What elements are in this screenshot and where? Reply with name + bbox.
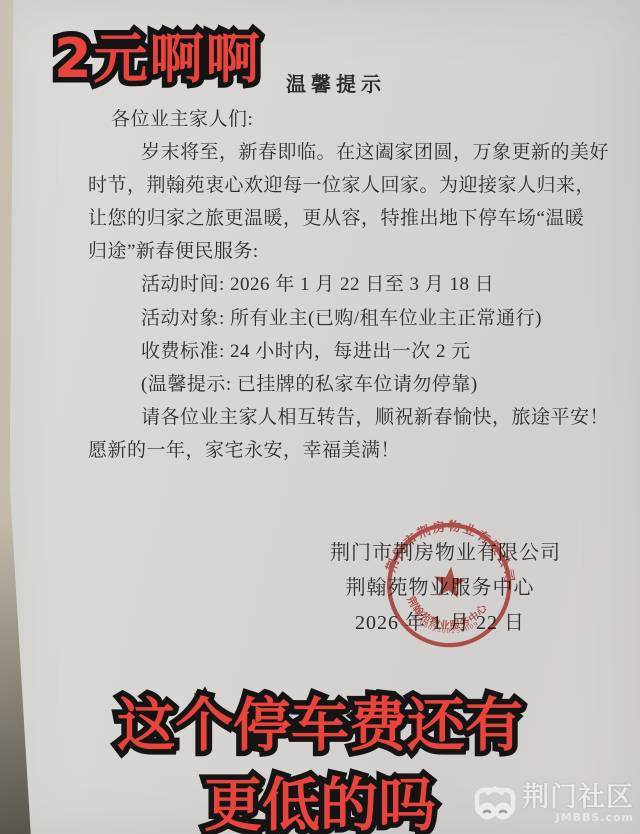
meme-bottom-text-line1: 这个停车费还有 这个停车费还有 (0, 678, 640, 762)
seal-star-icon (432, 565, 467, 599)
watermark-text: 荆门社区 JMBBS.com (522, 784, 634, 824)
site-watermark: 荆门社区 JMBBS.com (474, 784, 634, 824)
photo-of-notice: 温馨提示 各位业主家人们: 岁末将至，新春即临。在这阖家团圆，万象更新的美好 时… (0, 0, 640, 834)
watermark-logo-icon (474, 784, 516, 824)
notice-line: 时节，荆翰苑衷心欢迎每一位家人回家。为迎接家人归来， (88, 169, 566, 202)
meme-top-fill: 2元啊啊 (54, 16, 262, 93)
meme-top-text: 2元啊啊 2元啊啊 (54, 16, 262, 93)
notice-line-fee-standard: 收费标准: 24 小时内，每进出一次 2 元 (88, 335, 566, 368)
notice-body: 各位业主家人们: 岁末将至，新春即临。在这阖家团圆，万象更新的美好 时节，荆翰苑… (88, 103, 566, 467)
notice-line-activity-target: 活动对象: 所有业主(已购/租车位业主正常通行) (88, 302, 566, 335)
watermark-site-name: 荆门社区 (522, 784, 634, 812)
watermark-site-domain: JMBBS.com (522, 812, 634, 824)
notice-line: 让您的归家之旅更温暖，更从容，特推出地下停车场“温暖 (88, 202, 566, 235)
meme-bottom1-fill: 这个停车费还有 (0, 678, 640, 762)
notice-line: 归途”新春便民服务: (88, 235, 566, 268)
notice-line-wish: 愿新的一年，家宅永安，幸福美满！ (88, 434, 566, 467)
notice-line-salutation: 各位业主家人们: (88, 103, 566, 136)
notice-line-reminder: (温馨提示: 已挂牌的私家车位请勿停靠) (88, 368, 566, 401)
notice-line-activity-time: 活动时间: 2026 年 1 月 22 日至 3 月 18 日 (88, 268, 566, 301)
notice-line: 岁末将至，新春即临。在这阖家团圆，万象更新的美好 (88, 136, 566, 169)
notice-line-closing: 请各位业主家人相互转告，顺祝新春愉快，旅途平安！ (88, 401, 566, 434)
company-seal-stamp: 荆门市荆房物业有限公司 荆翰苑物业服务中心 420802300258009 (367, 505, 532, 670)
